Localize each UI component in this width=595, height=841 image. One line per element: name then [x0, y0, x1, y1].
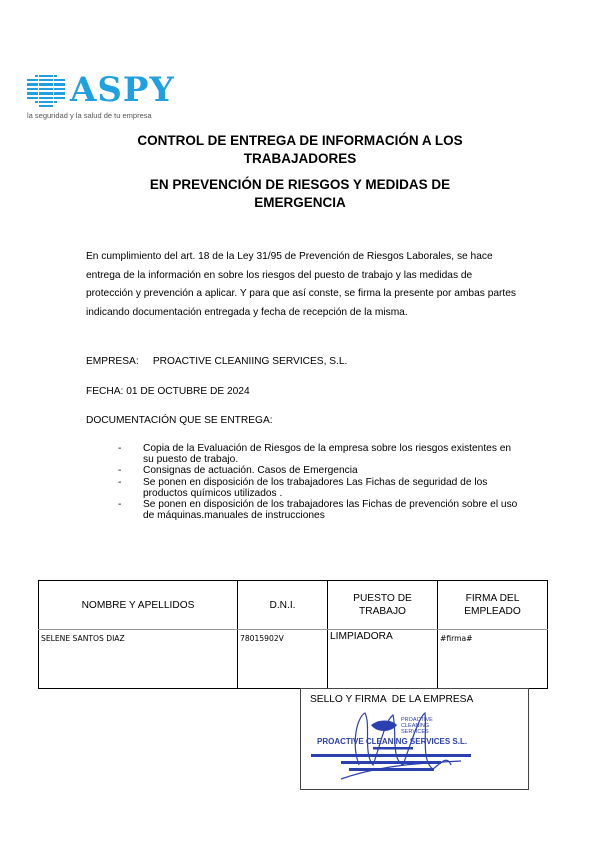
- empresa-value: PROACTIVE CLEANIING SERVICES, S.L.: [153, 356, 348, 367]
- title-line-2: TRABAJADORES: [100, 150, 500, 168]
- subtitle-line-2: EMERGENCIA: [100, 194, 500, 212]
- stamp-logo-line-3: SERVICES: [401, 729, 429, 735]
- company-stamp-signature-icon: PROACTIVE CLEANING SERVICES PROACTIVE CL…: [301, 703, 530, 789]
- list-item-text: Se ponen en disposición de los trabajado…: [143, 477, 487, 499]
- docs-heading: DOCUMENTACIÓN QUE SE ENTREGA:: [86, 415, 273, 426]
- aspy-logo-icon: [27, 75, 65, 108]
- column-header-signature: FIRMA DEL EMPLEADO: [438, 581, 548, 630]
- table-row: SELENE SANTOS DIAZ 78015902V LIMPIADORA …: [39, 630, 548, 689]
- cell-dni: 78015902V: [238, 630, 328, 689]
- table-header-row: NOMBRE Y APELLIDOS D.N.I. PUESTO DE TRAB…: [39, 581, 548, 630]
- column-header-dni: D.N.I.: [238, 581, 328, 630]
- stamp-company-name: PROACTIVE CLEANING SERVICES S.L.: [317, 737, 467, 746]
- list-item: -Se ponen en disposición de los trabajad…: [118, 477, 518, 499]
- column-header-position: PUESTO DE TRABAJO: [328, 581, 438, 630]
- brand-name: ASPY: [70, 71, 175, 109]
- company-stamp-box: SELLO Y FIRMA DE LA EMPRESA PROACTIVE CL…: [300, 688, 529, 790]
- fecha-line: FECHA: 01 DE OCTUBRE DE 2024: [86, 386, 250, 397]
- cell-name: SELENE SANTOS DIAZ: [39, 630, 238, 689]
- empresa-line: EMPRESA: PROACTIVE CLEANIING SERVICES, S…: [86, 356, 347, 367]
- cell-signature: #firma#: [438, 630, 548, 689]
- intro-paragraph: En cumplimiento del art. 18 de la Ley 31…: [86, 248, 516, 323]
- list-item-text: Consignas de actuación. Casos de Emergen…: [143, 465, 358, 476]
- employee-signature-table: NOMBRE Y APELLIDOS D.N.I. PUESTO DE TRAB…: [38, 580, 548, 689]
- list-item: -Consignas de actuación. Casos de Emerge…: [118, 465, 518, 476]
- column-header-name: NOMBRE Y APELLIDOS: [39, 581, 238, 630]
- subtitle-line-1: EN PREVENCIÓN DE RIESGOS Y MEDIDAS DE: [100, 176, 500, 194]
- empresa-label: EMPRESA:: [86, 356, 139, 367]
- documents-list: -Copia de la Evaluación de Riesgos de la…: [118, 443, 518, 521]
- list-item: -Se ponen en disposición de los trabajad…: [118, 499, 518, 521]
- document-title: CONTROL DE ENTREGA DE INFORMACIÓN A LOS …: [100, 132, 500, 168]
- list-item-text: Se ponen en disposición de los trabajado…: [143, 499, 517, 521]
- list-item: -Copia de la Evaluación de Riesgos de la…: [118, 443, 518, 465]
- title-line-1: CONTROL DE ENTREGA DE INFORMACIÓN A LOS: [100, 132, 500, 150]
- list-item-text: Copia de la Evaluación de Riesgos de la …: [143, 443, 511, 465]
- brand-tagline: la seguridad y la salud de tu empresa: [27, 111, 152, 120]
- cell-position: LIMPIADORA: [328, 630, 438, 689]
- document-subtitle: EN PREVENCIÓN DE RIESGOS Y MEDIDAS DE EM…: [100, 176, 500, 212]
